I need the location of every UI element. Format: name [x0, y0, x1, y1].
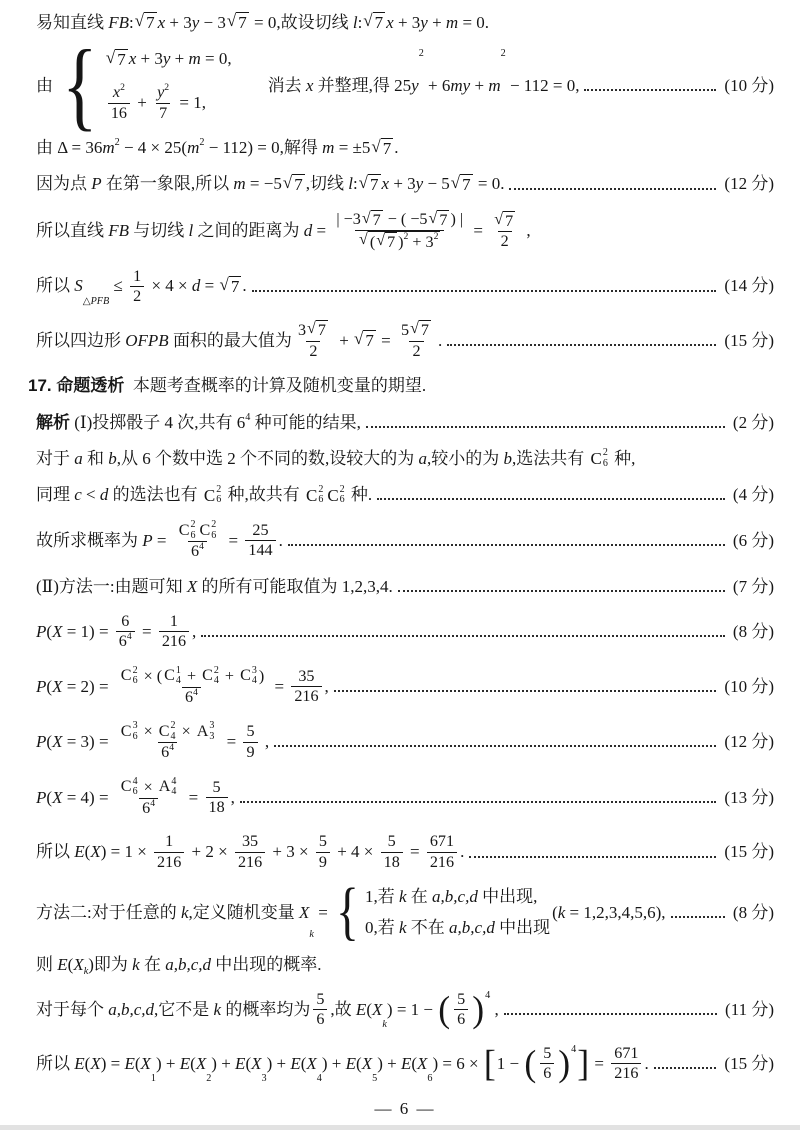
radical-sign-icon: √ — [410, 320, 419, 338]
line-discriminant: 由 Δ = 36m2 − 4 × 25(m2 − 112) = 0,解得 m =… — [36, 137, 774, 159]
text-run: 671 — [614, 1044, 638, 1063]
bold-text: 17. 命题透析 — [28, 375, 124, 397]
text-run: 5 — [457, 990, 465, 1009]
numerator: 1 — [167, 612, 181, 631]
math-variable: E — [74, 841, 84, 863]
radicand: 7 — [460, 174, 473, 195]
dotted-leader — [377, 490, 725, 501]
fraction: 35216 — [291, 667, 321, 707]
text-run: 7 — [159, 104, 167, 123]
math-variable: y — [416, 173, 424, 195]
radical: √(√7)2 + 32 — [359, 231, 440, 252]
math-variable: P — [142, 530, 152, 552]
text-run: × — [140, 778, 157, 797]
text-run: = −5 — [246, 173, 282, 195]
lower-script: 4 — [214, 676, 219, 687]
score-mark: (2 分) — [733, 412, 774, 434]
line-item-17-analysis: 17. 命题透析 本题考查概率的计算及随机变量的期望. — [28, 375, 774, 397]
script-stack: 36 — [133, 721, 138, 742]
superscript: 2 — [404, 231, 409, 243]
math-variable: E — [290, 1053, 300, 1075]
denominator: 64 — [158, 742, 177, 762]
text-run: + — [133, 92, 151, 114]
math-variable: d — [100, 484, 109, 506]
dotted-leader — [398, 582, 725, 593]
text-run: , — [490, 999, 499, 1021]
radicand: 7 — [503, 211, 515, 231]
math-variable: E — [235, 1053, 245, 1075]
denominator: 64 — [182, 687, 201, 707]
radical: √7 — [494, 211, 515, 231]
text-run: = — [224, 530, 242, 552]
line-content: 因为点 P 在第一象限,所以 m = −5√7,切线 l:√7x + 3y − … — [36, 173, 504, 195]
text-run: . — [644, 1053, 648, 1075]
page-number: — 6 — — [375, 1098, 436, 1120]
script-stack: 34 — [252, 666, 257, 687]
score-mark: (12 分) — [724, 173, 774, 195]
radical: √7 — [376, 232, 397, 252]
score-mark: (13 分) — [724, 787, 774, 809]
radical-sign-icon: √ — [376, 232, 385, 250]
lower-script: 6 — [211, 531, 216, 542]
subscript: 3 — [262, 1072, 267, 1085]
superscript: 2 — [164, 82, 169, 94]
math-variable: E — [124, 1053, 134, 1075]
superscript: 4 — [571, 1043, 576, 1056]
text-run: ,故 — [330, 999, 356, 1021]
text-run: 对于 — [36, 448, 74, 470]
math-variable: x — [386, 12, 394, 34]
line-content: 则 E(Xk)即为 k 在 a,b,c,d 中出现的概率. — [36, 954, 322, 976]
text-run: 中出现, — [478, 886, 538, 908]
math-variable: y — [411, 75, 419, 97]
line-content: P(X = 3) = C36 × C24 × A3364 = 59 , — [36, 721, 269, 762]
text-run: ) + — [267, 1053, 291, 1075]
combinatorial-base: C — [179, 523, 190, 539]
combinatorial-base: C — [204, 487, 215, 504]
score-mark: (8 分) — [733, 902, 774, 924]
denominator: 64 — [188, 541, 207, 561]
superscript: 2 — [434, 231, 439, 243]
line-content: P(X = 2) = C26 × (C14 + C24 + C34)64 = 3… — [36, 666, 329, 707]
text-run: − 112 = 0, — [506, 75, 580, 97]
radicand: 7 — [381, 138, 394, 159]
text-run: , — [261, 731, 270, 753]
lower-script: 6 — [191, 531, 196, 542]
text-run: = ±5 — [334, 137, 370, 159]
combinatorial-base: C — [121, 668, 132, 684]
math-variable: m — [233, 173, 245, 195]
denominator: 16 — [108, 103, 130, 123]
text-run: × — [140, 722, 157, 741]
lower-script: 6 — [133, 676, 138, 687]
line-content: 所以 E(X) = 1 × 1216 + 2 × 35216 + 3 × 59 … — [36, 832, 464, 872]
text-run: = — [138, 621, 156, 643]
math-variable: k — [214, 999, 222, 1021]
text-run: 1 — [165, 832, 173, 851]
subscript: 5 — [372, 1072, 377, 1085]
fraction: 56 — [540, 1044, 554, 1084]
text-run: + 3 — [136, 48, 163, 70]
text-run: = — [406, 841, 424, 863]
text-run: − 3 — [199, 12, 226, 34]
radical-sign-icon: √ — [359, 231, 368, 249]
score-mark: (14 分) — [724, 275, 774, 297]
math-variable: X — [90, 1053, 100, 1075]
line-content: 同理 c < d 的选法也有 C26 种,故共有 C26C26 种. — [36, 484, 372, 506]
text-run: : — [353, 173, 358, 195]
radicand: 7 — [292, 174, 305, 195]
numerator: C26 × (C14 + C24 + C34) — [116, 666, 267, 687]
superscript: 2 — [199, 136, 204, 149]
text-run: 所以 — [36, 1053, 74, 1075]
denominator: 6 — [313, 1009, 327, 1029]
radicand: 7 — [144, 12, 157, 33]
math-variable: c — [74, 484, 82, 506]
combinatorial-base: C — [306, 487, 317, 504]
text-run: 所以 — [36, 841, 74, 863]
text-run: 所以 — [36, 275, 74, 297]
lower-script: 4 — [171, 732, 176, 743]
denominator: 2 — [306, 341, 320, 361]
denominator: 64 — [116, 631, 135, 651]
radical: √7 — [354, 330, 376, 351]
text-run: , — [522, 220, 531, 242]
radical-sign-icon: √ — [106, 49, 115, 68]
fraction: 664 — [116, 612, 135, 652]
fraction: | −3√7 − ( −5√7) |√(√7)2 + 32 — [333, 210, 466, 253]
dotted-leader — [509, 179, 716, 190]
line-content: 故所求概率为 P = C26C2664 = 25144. — [36, 520, 283, 561]
text-run: − 4 × 25( — [120, 137, 187, 159]
text-run: ) — [259, 667, 264, 686]
script-stack: 33 — [209, 721, 214, 742]
subscript: △PFB — [83, 295, 110, 308]
radical: √7 — [135, 12, 157, 33]
text-run: 6 — [142, 799, 150, 818]
script-stack: 46 — [133, 777, 138, 798]
text-run: = — [314, 902, 332, 924]
text-run: 不在 — [407, 917, 450, 939]
combinatorial-symbol: A33 — [197, 721, 215, 742]
subscript: 6 — [427, 1072, 432, 1085]
text-run: 面积的最大值为 — [169, 330, 292, 352]
script-stack: 26 — [603, 448, 608, 469]
radical-sign-icon: √ — [354, 330, 363, 349]
math-variable: X — [90, 841, 100, 863]
text-run: 和 — [83, 448, 109, 470]
fraction: 518 — [381, 832, 403, 872]
math-variable: X — [52, 676, 62, 698]
radical-sign-icon: √ — [362, 210, 371, 228]
script-stack: 26 — [133, 666, 138, 687]
text-run: 1 — [170, 612, 178, 631]
denominator: 6 — [540, 1063, 554, 1083]
text-run: + 3 — [394, 12, 421, 34]
fraction: C26 × (C14 + C24 + C34)64 — [116, 666, 267, 707]
math-variable: x — [113, 83, 120, 102]
numerator: 5 — [540, 1044, 554, 1063]
line-content: 所以四边形 OFPB 面积的最大值为3√72 + √7 = 5√72. — [36, 320, 442, 361]
text-run: 2 — [412, 342, 420, 361]
math-variable: X — [73, 954, 83, 976]
math-variable: FB — [108, 12, 129, 34]
line-content: 解析 (Ⅰ)投掷骰子 4 次,共有 64 种可能的结果, — [36, 412, 361, 434]
text-run: | −3 — [336, 210, 360, 229]
text-run: 方法二:对于任意的 — [36, 902, 181, 924]
text-run: 由 — [36, 75, 57, 97]
bold-text: 解析 — [36, 412, 70, 434]
page-edge — [0, 1125, 800, 1130]
text-run: , — [192, 621, 196, 643]
radical: √7 — [362, 210, 383, 230]
text-run: 所以直线 — [36, 220, 108, 242]
numerator: 5 — [243, 722, 257, 741]
denominator: 2 — [498, 231, 512, 251]
text-run: 6 — [543, 1064, 551, 1083]
radical: √7 — [227, 12, 249, 33]
cases-row: x216 + y27 = 1, — [105, 83, 206, 123]
script-stack: 26 — [340, 485, 345, 506]
subscript: 1 — [151, 1072, 156, 1085]
text-run: = 3) = — [62, 731, 112, 753]
math-variable: a — [74, 448, 83, 470]
score-mark: (4 分) — [733, 484, 774, 506]
line-distance: 所以直线 FB 与切线 l 之间的距离为 d = | −3√7 − ( −5√7… — [36, 210, 774, 253]
text-run: − 5 — [423, 173, 450, 195]
superscript: 4 — [199, 541, 204, 553]
radical-sign-icon: √ — [494, 211, 503, 229]
math-variable: a,b,c,d — [165, 954, 211, 976]
text-run: + 2 × — [187, 841, 232, 863]
dotted-leader — [274, 737, 716, 748]
text-run: 216 — [157, 853, 181, 872]
script-stack: 26 — [216, 485, 221, 506]
text-run: 的所有可能取值为 1,2,3,4. — [197, 576, 393, 598]
text-run: 中出现的概率. — [211, 954, 322, 976]
fraction: C46 × A4464 — [116, 777, 182, 818]
text-run: 5 — [388, 832, 396, 851]
fraction: 35216 — [235, 832, 265, 872]
line-content: (Ⅱ)方法一:由题可知 X 的所有可能取值为 1,2,3,4. — [36, 576, 393, 598]
text-run: ) = 6 × — [432, 1053, 482, 1075]
text-run: , — [325, 676, 329, 698]
text-run: − ( −5 — [384, 210, 428, 229]
script-stack: 24 — [171, 721, 176, 742]
math-variable: d — [304, 220, 313, 242]
text-run: + — [470, 75, 488, 97]
fraction: √72 — [490, 211, 519, 252]
fraction: 25144 — [245, 521, 275, 561]
combinatorial-symbol: C26 — [179, 520, 196, 541]
text-run: + 3 — [165, 12, 192, 34]
cases-row: 0,若 k 不在 a,b,c,d 中出现 — [365, 917, 550, 939]
text-run: 9 — [319, 853, 327, 872]
text-run: 5 — [401, 321, 409, 340]
math-variable: X — [141, 1053, 151, 1075]
document-page: 易知直线 FB:√7x + 3y − 3√7 = 0,故设切线 l:√7x + … — [0, 0, 800, 1130]
fraction: 59 — [243, 722, 257, 762]
text-run: = 0,故设切线 — [250, 12, 353, 34]
math-variable: m — [446, 12, 458, 34]
text-run: 35 — [298, 667, 314, 686]
text-run: = — [312, 220, 330, 242]
text-run: 的选法也有 — [108, 484, 202, 506]
text-run: = — [222, 731, 240, 753]
radicand: 7 — [385, 232, 397, 252]
denominator: 9 — [316, 852, 330, 872]
big-delimiter: ( — [438, 991, 450, 1028]
radical-sign-icon: √ — [451, 174, 460, 193]
text-run: 18 — [209, 798, 225, 817]
numerator: 6 — [118, 612, 132, 631]
line-content: 17. 命题透析 本题考查概率的计算及随机变量的期望. — [28, 375, 426, 397]
math-variable: a,b,c,d — [108, 999, 154, 1021]
cases-rows: 1,若 k 在 a,b,c,d 中出现,0,若 k 不在 a,b,c,d 中出现 — [365, 886, 550, 939]
combinatorial-symbol: C26 — [121, 666, 138, 687]
text-run: ,较小的为 — [427, 448, 504, 470]
math-variable: a — [419, 448, 428, 470]
text-run: 的概率均为 — [221, 999, 310, 1021]
text-run: + 3 — [389, 173, 416, 195]
radical-sign-icon: √ — [359, 174, 368, 193]
text-run: 3 — [298, 321, 306, 340]
text-run: + 6 — [424, 75, 451, 97]
line-part1-total: 解析 (Ⅰ)投掷骰子 4 次,共有 64 种可能的结果,(2 分) — [36, 412, 774, 434]
fraction: 1216 — [154, 832, 184, 872]
math-variable: a,b,c,d — [432, 886, 478, 908]
text-run: = — [590, 1053, 608, 1075]
lower-script: 4 — [176, 676, 181, 687]
math-variable: X — [362, 1053, 372, 1075]
text-run: = — [200, 275, 218, 297]
superscript: 2 — [120, 82, 125, 94]
score-mark: (15 分) — [724, 330, 774, 352]
text-run: 之间的距离为 — [193, 220, 304, 242]
text-run: 故所求概率为 — [36, 530, 142, 552]
cases-group: {√7x + 3y + m = 0,x216 + y27 = 1, — [59, 48, 231, 123]
text-run: = 2) = — [62, 676, 112, 698]
radical-sign-icon: √ — [429, 210, 438, 228]
combinatorial-base: C — [164, 668, 175, 684]
combinatorial-symbol: C46 — [121, 777, 138, 798]
math-variable: b — [108, 448, 117, 470]
math-variable: E — [356, 999, 366, 1021]
radical: √7 — [359, 174, 381, 195]
radical-sign-icon: √ — [307, 320, 316, 338]
text-run: 并整理,得 25 — [313, 75, 411, 97]
score-mark: (7 分) — [733, 576, 774, 598]
math-variable: m — [187, 137, 199, 159]
superscript: 2 — [419, 47, 424, 60]
text-run: + 3 — [408, 233, 433, 252]
text-run: ) = — [101, 1053, 125, 1075]
radical-sign-icon: √ — [363, 12, 372, 31]
text-run: ) + — [156, 1053, 180, 1075]
score-mark: (12 分) — [724, 731, 774, 753]
text-run: 6 — [457, 1010, 465, 1029]
text-run: ) = 1 × — [101, 841, 151, 863]
math-variable: b — [504, 448, 513, 470]
lower-script: 4 — [252, 676, 257, 687]
text-run: 216 — [162, 632, 186, 651]
math-variable: y — [420, 12, 428, 34]
math-variable: k — [399, 886, 407, 908]
denominator: 2 — [409, 341, 423, 361]
text-run: = — [184, 787, 202, 809]
score-mark: (10 分) — [724, 676, 774, 698]
text-run: . — [438, 330, 442, 352]
combinatorial-symbol: A44 — [159, 777, 177, 798]
math-variable: X — [251, 1053, 261, 1075]
lower-script: 4 — [171, 787, 176, 798]
math-variable: P — [36, 676, 46, 698]
text-run: )即为 — [88, 954, 132, 976]
radical: √7 — [410, 320, 431, 340]
text-run: 6 — [191, 542, 199, 561]
numerator: 1 — [162, 832, 176, 851]
text-run: = 0. — [458, 12, 489, 34]
text-run: + — [170, 48, 188, 70]
radicand: 7 — [373, 12, 386, 33]
text-run: 5 — [213, 778, 221, 797]
text-run: = — [153, 530, 171, 552]
fraction: 5√72 — [398, 320, 435, 361]
text-run: 35 — [242, 832, 258, 851]
text-run: 在 — [407, 886, 433, 908]
line-part2-method1: (Ⅱ)方法一:由题可知 X 的所有可能取值为 1,2,3,4.(7 分) — [36, 576, 774, 598]
text-run: 6 — [161, 743, 169, 762]
dotted-leader — [201, 627, 725, 638]
text-run: : — [129, 12, 134, 34]
combinatorial-symbol: C26 — [591, 448, 608, 469]
text-run: 216 — [430, 853, 454, 872]
text-run: = 1,2,3,4,5,6), — [565, 902, 665, 924]
line-content: P(X = 4) = C46 × A4464 = 518, — [36, 777, 235, 818]
radicand: 7 — [419, 320, 431, 340]
math-variable: P — [36, 787, 46, 809]
radical-sign-icon: √ — [219, 276, 228, 295]
math-variable: P — [36, 731, 46, 753]
text-run: × ( — [140, 667, 163, 686]
text-run: ,从 6 个数中选 2 个不同的数,设较大的为 — [117, 448, 419, 470]
line-content: 易知直线 FB:√7x + 3y − 3√7 = 0,故设切线 l:√7x + … — [36, 12, 489, 34]
text-run: 216 — [238, 853, 262, 872]
text-run: 16 — [111, 104, 127, 123]
big-delimiter: ] — [577, 1045, 589, 1082]
text-run: 18 — [384, 853, 400, 872]
combinatorial-symbol: C14 — [164, 666, 181, 687]
combinatorial-base: C — [200, 523, 211, 539]
text-run: 6 — [121, 612, 129, 631]
text-run: . — [242, 275, 246, 297]
numerator: 3√7 — [295, 320, 332, 340]
denominator: 7 — [156, 103, 170, 123]
text-run: 与切线 — [129, 220, 189, 242]
numerator: x2 — [110, 83, 128, 102]
text-run: 2 — [133, 287, 141, 306]
denominator: 64 — [139, 798, 158, 818]
math-variable: E — [180, 1053, 190, 1075]
text-run: + — [428, 12, 446, 34]
radical: √7 — [429, 210, 450, 230]
text-run: ,它不是 — [154, 999, 214, 1021]
fraction: 1216 — [159, 612, 189, 652]
radicand: 7 — [229, 276, 242, 297]
math-variable: x — [382, 173, 390, 195]
text-run: = — [377, 330, 395, 352]
combinatorial-symbol: C24 — [202, 666, 219, 687]
